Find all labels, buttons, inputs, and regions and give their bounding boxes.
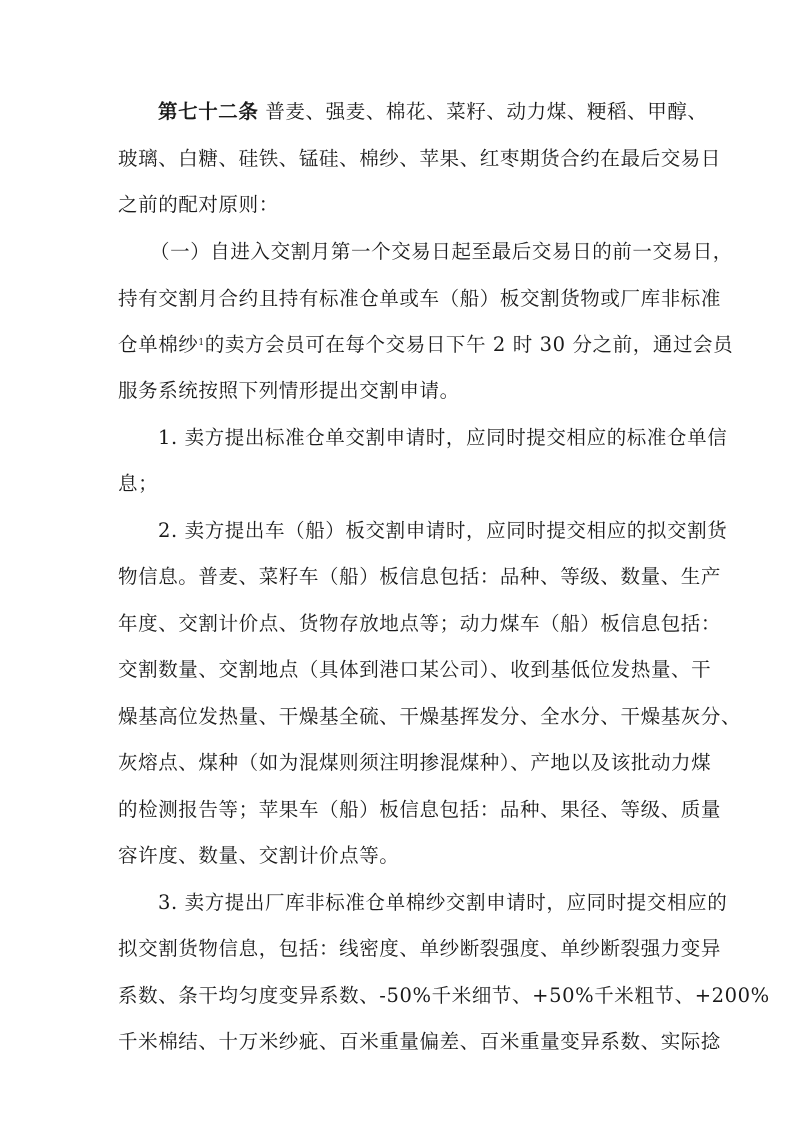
- clause-line: 持有交割月合约且持有标准仓单或车（船）板交割货物或厂库非标准: [118, 287, 678, 311]
- article-text: 普麦、强麦、棉花、菜籽、动力煤、粳稻、甲醇、: [265, 100, 707, 123]
- article-line: 玻璃、白糖、硅铁、锰硅、棉纱、苹果、红枣期货合约在最后交易日: [118, 147, 678, 171]
- item2-line: 交割数量、交割地点（具体到港口某公司）、收到基低位发热量、干: [118, 658, 678, 682]
- item3-line: 拟交割货物信息，包括：线密度、单纱断裂强度、单纱断裂强力变异: [118, 937, 678, 961]
- footnote-reference[interactable]: 1: [198, 338, 204, 348]
- item2-line: 的检测报告等；苹果车（船）板信息包括：品种、果径、等级、质量: [118, 798, 678, 822]
- clause-line: 服务系统按照下列情形提出交割申请。: [118, 379, 678, 403]
- document-page: 第七十二条 普麦、强麦、棉花、菜籽、动力煤、粳稻、甲醇、 玻璃、白糖、硅铁、锰硅…: [0, 0, 793, 1122]
- item2-line: 物信息。普麦、菜籽车（船）板信息包括：品种、等级、数量、生产: [118, 565, 678, 589]
- item2-line: 燥基高位发热量、干燥基全硫、干燥基挥发分、全水分、干燥基灰分、: [118, 705, 678, 729]
- item1-line: 息；: [118, 472, 678, 496]
- item3-line: 系数、条干均匀度变异系数、-50%千米细节、+50%千米粗节、+200%: [118, 984, 678, 1008]
- item2-line: 年度、交割计价点、货物存放地点等；动力煤车（船）板信息包括：: [118, 612, 678, 636]
- article-first-line: 第七十二条 普麦、强麦、棉花、菜籽、动力煤、粳稻、甲醇、: [158, 100, 678, 124]
- article-line: 之前的配对原则：: [118, 193, 678, 217]
- item3-line: 千米棉结、十万米纱疵、百米重量偏差、百米重量变异系数、实际捻: [118, 1030, 678, 1054]
- item1-line: 1. 卖方提出标准仓单交割申请时，应同时提交相应的标准仓单信: [158, 426, 678, 450]
- item2-line: 容许度、数量、交割计价点等。: [118, 844, 678, 868]
- item3-line: 3. 卖方提出厂库非标准仓单棉纱交割申请时，应同时提交相应的: [158, 891, 678, 915]
- item2-line: 灰熔点、煤种（如为混煤则须注明掺混煤种）、产地以及该批动力煤: [118, 751, 678, 775]
- clause-line: （一）自进入交割月第一个交易日起至最后交易日的前一交易日，: [150, 240, 678, 264]
- clause-line: 仓单棉纱1的卖方会员可在每个交易日下午 2 时 30 分之前，通过会员: [118, 333, 678, 357]
- article-heading: 第七十二条: [158, 100, 259, 123]
- item2-line: 2. 卖方提出车（船）板交割申请时，应同时提交相应的拟交割货: [158, 519, 678, 543]
